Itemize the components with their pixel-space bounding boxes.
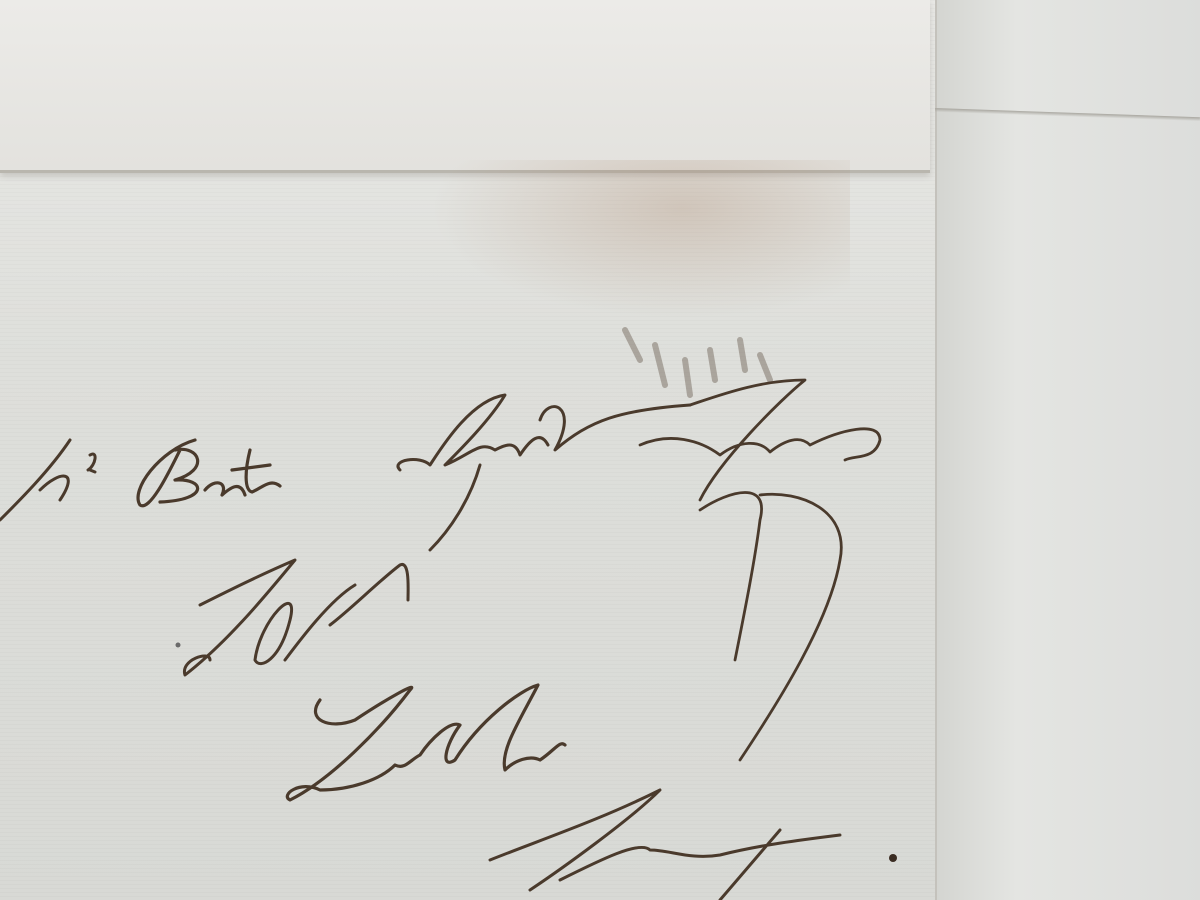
handwriting-baxter bbox=[138, 440, 280, 506]
handwriting-lloyd-1 bbox=[398, 395, 690, 550]
ink-splatter bbox=[625, 330, 770, 395]
handwriting-messrs bbox=[0, 440, 95, 520]
handwriting bbox=[0, 0, 1200, 900]
handwriting-shropshire bbox=[490, 790, 840, 900]
handwriting-ludlow bbox=[287, 685, 565, 800]
handwriting-and-lloyd bbox=[640, 380, 880, 760]
handwriting-solrs bbox=[184, 560, 408, 675]
